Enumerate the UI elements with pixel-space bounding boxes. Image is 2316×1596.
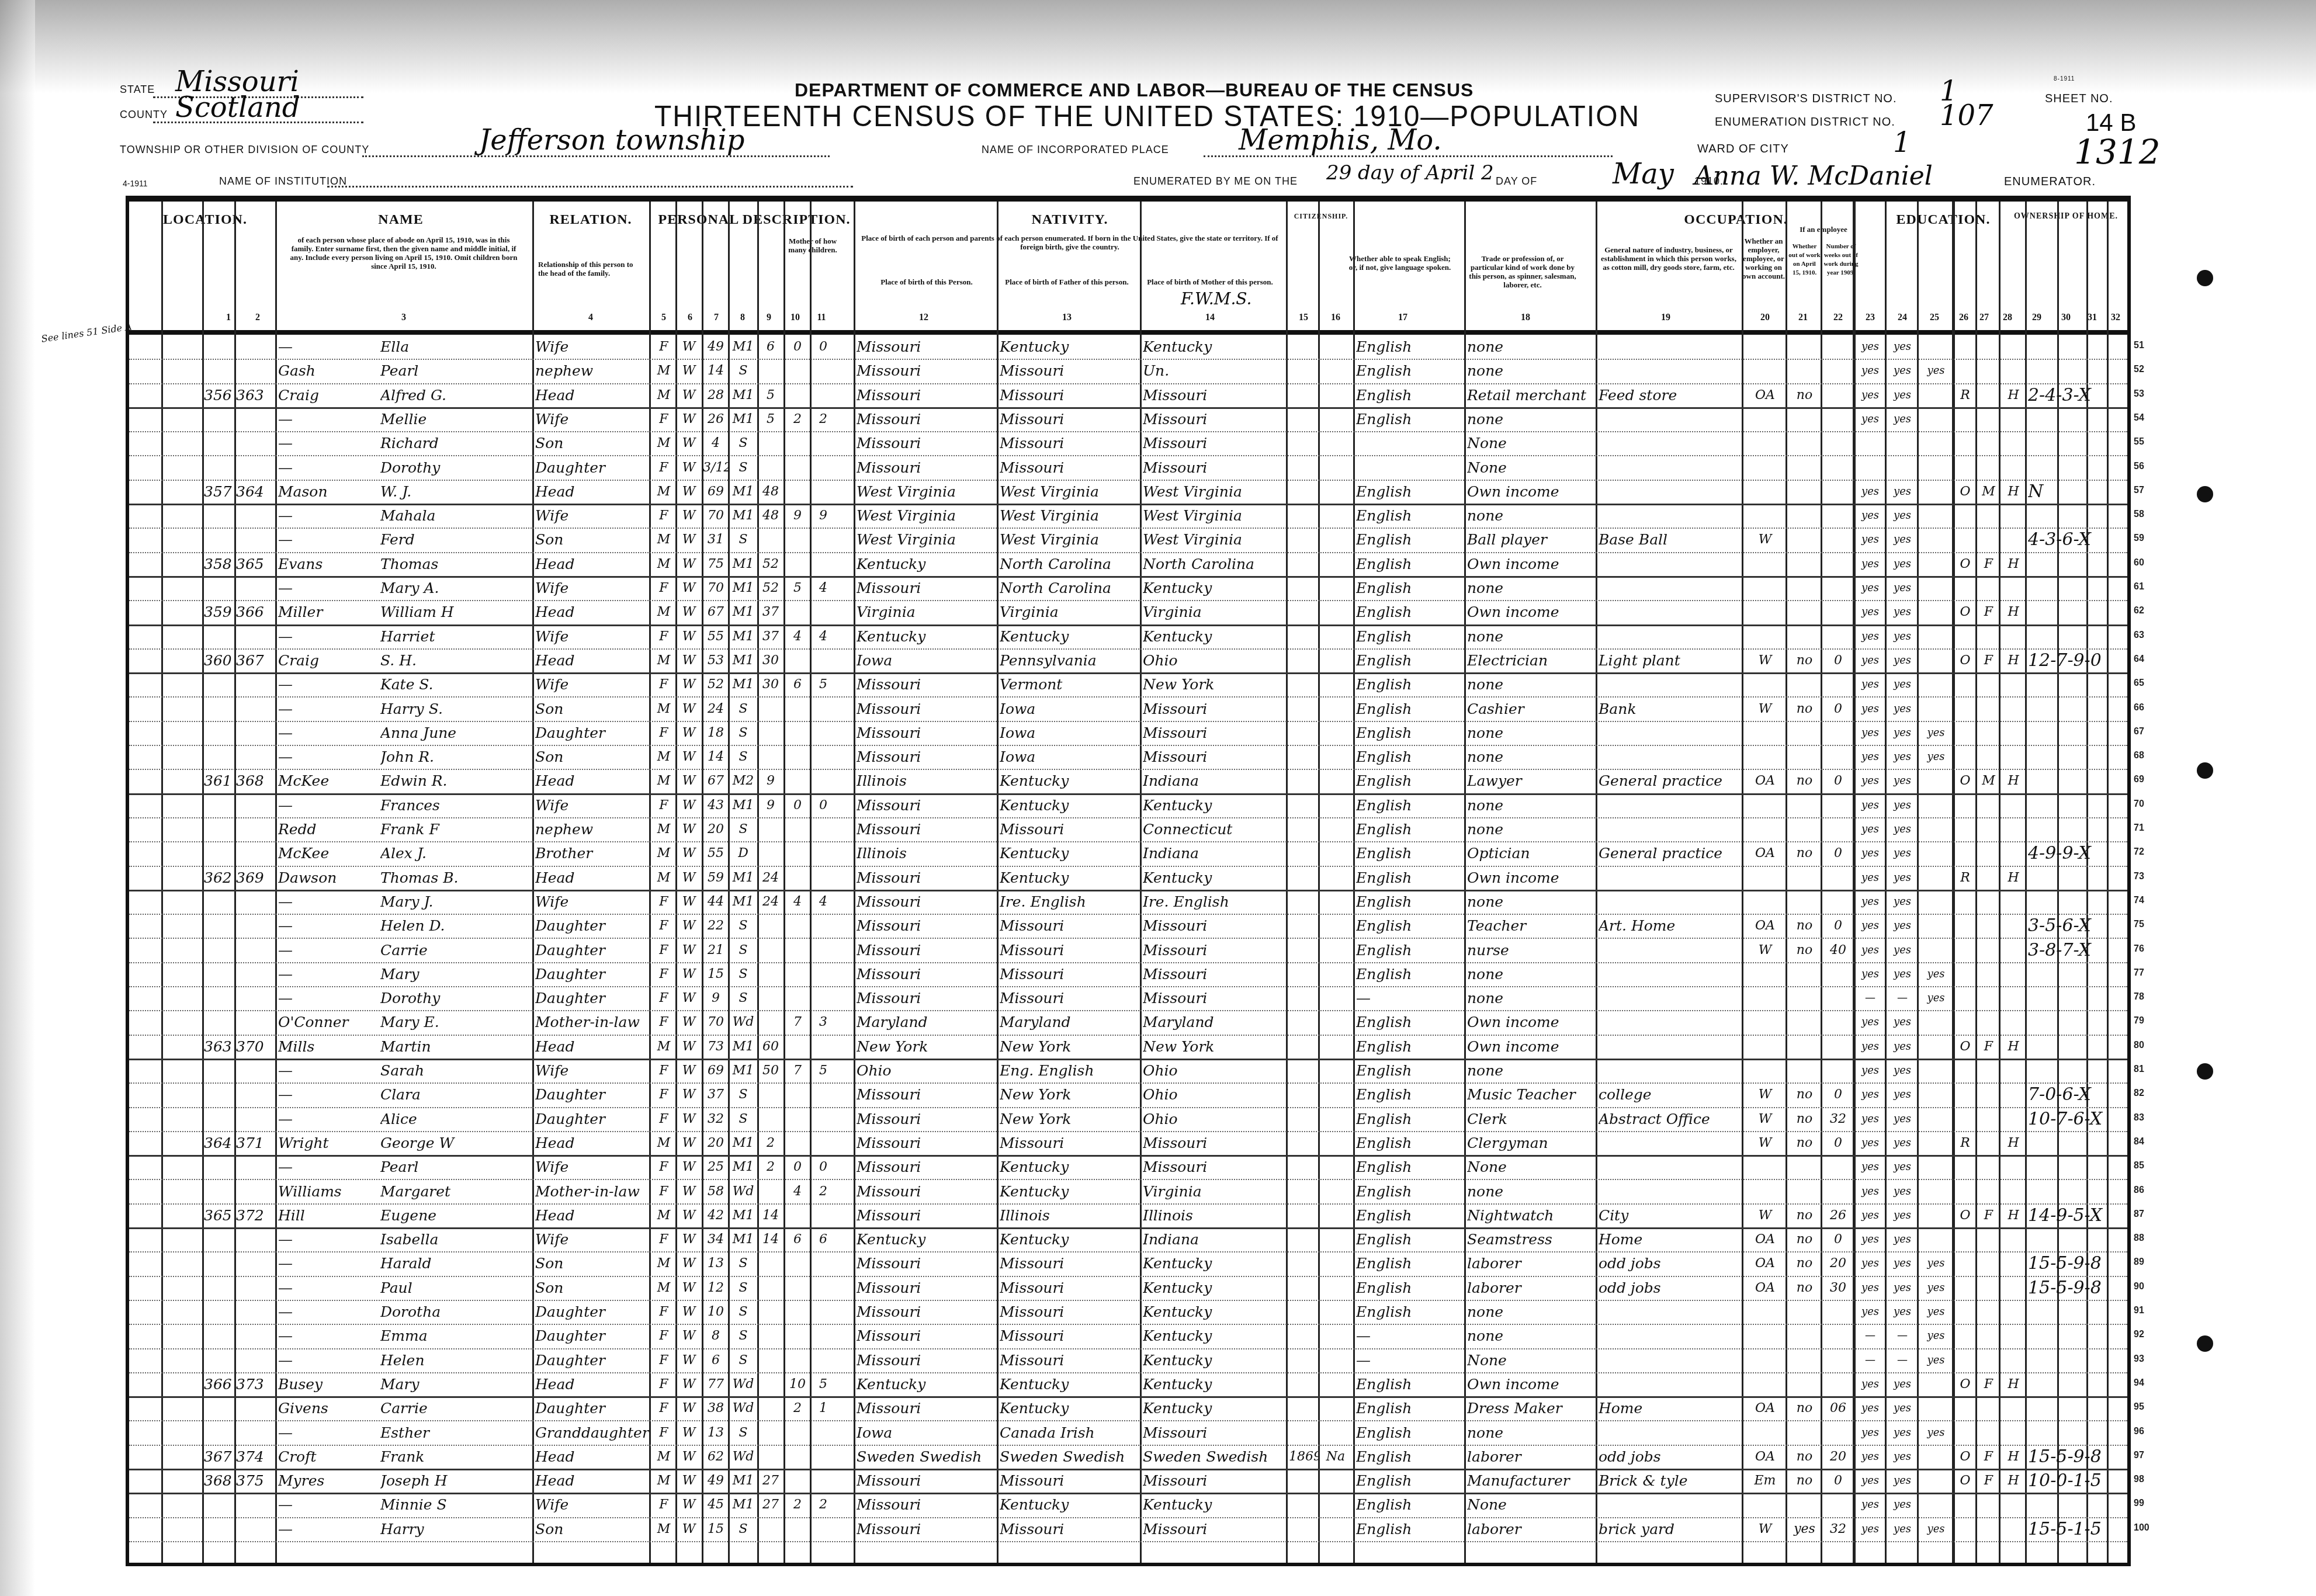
cell-sex: M <box>652 769 675 793</box>
cell-relation: Wife <box>535 407 649 431</box>
cell-emp <box>1745 817 1785 841</box>
cell-lang: English <box>1356 721 1464 745</box>
cell-write: yes <box>1888 1396 1917 1420</box>
table-row: —RichardSonMW4SMissouriMissouriMissouriN… <box>129 431 2127 456</box>
cell-given: Dorothy <box>380 456 529 480</box>
cell-marital: M1 <box>730 480 757 504</box>
cell-surname: — <box>278 431 377 455</box>
cell-born: 2 <box>786 1396 809 1420</box>
line-number: 67 <box>2134 727 2144 737</box>
group-citizenship: CITIZENSHIP. <box>1286 212 1356 221</box>
cell-wks: 0 <box>1823 769 1853 793</box>
cell-emp <box>1745 1348 1785 1372</box>
cell-living <box>812 817 835 841</box>
cell-oow: no <box>1788 841 1821 865</box>
cell-write: yes <box>1888 745 1917 769</box>
cell-surname: — <box>278 938 377 962</box>
cell-family <box>236 1179 273 1203</box>
cell-sex: F <box>652 1227 675 1251</box>
cell-oow <box>1788 576 1821 600</box>
punch-hole <box>2197 1335 2213 1352</box>
col-num-6: 6 <box>678 313 702 323</box>
cell-age: 12 <box>703 1276 729 1300</box>
cell-read: yes <box>1856 1445 1885 1469</box>
cell-own <box>1955 938 1975 962</box>
cell-given: Helen <box>380 1348 529 1372</box>
cell-sex: M <box>652 1251 675 1275</box>
cell-bp: Missouri <box>857 1203 997 1227</box>
cell-free <box>1978 1155 1999 1179</box>
cell-lang: English <box>1356 793 1464 817</box>
cell-write: yes <box>1888 672 1917 696</box>
table-row: 361368McKeeEdwin R.HeadMW67M29IllinoisKe… <box>129 769 2127 794</box>
cell-surname: — <box>278 1251 377 1275</box>
cell-write: yes <box>1888 721 1917 745</box>
cell-born: 7 <box>786 1059 809 1082</box>
table-row: —Harry S.SonMW24SMissouriIowaMissouriEng… <box>129 697 2127 722</box>
cell-dwelling <box>204 793 234 817</box>
table-row: —Mary A.WifeFW70M15254MissouriNorth Caro… <box>129 576 2127 601</box>
cell-sex: M <box>652 1469 675 1493</box>
cell-imm <box>1289 1179 1318 1203</box>
cell-read: yes <box>1856 890 1885 914</box>
cell-farm <box>2002 576 2025 600</box>
cell-write: yes <box>1888 1493 1917 1517</box>
cell-nat <box>1321 383 1350 407</box>
cell-family: 365 <box>236 552 273 576</box>
cell-write: yes <box>1888 769 1917 793</box>
cell-race: W <box>677 793 701 817</box>
table-row: —FrancesWifeFW43M1900MissouriKentuckyKen… <box>129 793 2127 818</box>
cell-write: — <box>1888 1348 1917 1372</box>
cell-read: yes <box>1856 1372 1885 1396</box>
cell-imm <box>1289 1324 1318 1348</box>
cell-wks: 20 <box>1823 1251 1853 1275</box>
cell-dwelling <box>204 456 234 480</box>
cell-dwelling <box>204 938 234 962</box>
cell-trade: Own income <box>1467 1035 1596 1059</box>
cell-nat <box>1321 1203 1350 1227</box>
cell-lang: English <box>1356 1517 1464 1541</box>
cell-read: yes <box>1856 504 1885 528</box>
cell-bp: Missouri <box>857 456 997 480</box>
cell-industry: Home <box>1599 1396 1742 1420</box>
cell-nat <box>1321 335 1350 359</box>
cell-wks: 32 <box>1823 1107 1853 1131</box>
cell-bp-father: Ire. English <box>1000 890 1140 914</box>
cell-bp-mother: Kentucky <box>1143 793 1286 817</box>
line-number: 62 <box>2134 606 2144 616</box>
cell-free <box>1978 1300 1999 1324</box>
cell-age: 13 <box>703 1421 729 1445</box>
cell-bp: Kentucky <box>857 624 997 648</box>
cell-surname: Craig <box>278 648 377 672</box>
cell-living <box>812 1251 835 1275</box>
cell-marital: M1 <box>730 648 757 672</box>
cell-bp-mother: Missouri <box>1143 697 1286 721</box>
cell-imm <box>1289 407 1318 431</box>
cell-bp-father: Vermont <box>1000 672 1140 696</box>
col-num-10: 10 <box>783 313 807 323</box>
cell-read: yes <box>1856 600 1885 624</box>
cell-yrs-married <box>759 1082 782 1106</box>
cell-bp: West Virginia <box>857 528 997 551</box>
cell-age: 22 <box>703 914 729 938</box>
table-row: —PaulSonMW12SMissouriMissouriKentuckyEng… <box>129 1276 2127 1301</box>
cell-farm <box>2002 1517 2025 1541</box>
cell-own: O <box>1955 648 1975 672</box>
cell-write: yes <box>1888 817 1917 841</box>
cell-dwelling: 365 <box>204 1203 234 1227</box>
cell-lang: English <box>1356 383 1464 407</box>
cell-born <box>786 383 809 407</box>
form-code: 4-1911 <box>123 179 148 188</box>
cell-relation: Wife <box>535 1227 649 1251</box>
cell-living: 4 <box>812 624 835 648</box>
group-relation: RELATION. <box>532 212 649 228</box>
cell-marital: S <box>730 1517 757 1541</box>
cell-living <box>812 552 835 576</box>
cell-read: yes <box>1856 745 1885 769</box>
cell-given: Mary J. <box>380 890 529 914</box>
cell-free <box>1978 407 1999 431</box>
cell-lang: English <box>1356 648 1464 672</box>
cell-oow <box>1788 1010 1821 1034</box>
cell-imm <box>1289 1493 1318 1517</box>
cell-sex: M <box>652 480 675 504</box>
stamp-number: 1312 <box>2074 132 2161 172</box>
cell-imm <box>1289 1082 1318 1106</box>
cell-marital: S <box>730 1082 757 1106</box>
cell-imm <box>1289 1227 1318 1251</box>
line-number: 91 <box>2134 1306 2144 1316</box>
cell-family <box>236 793 273 817</box>
cell-nat <box>1321 914 1350 938</box>
cell-trade: None <box>1467 431 1596 455</box>
cell-bp-father: New York <box>1000 1035 1140 1059</box>
cell-wks: 32 <box>1823 1517 1853 1541</box>
county-line <box>153 122 363 123</box>
cell-family <box>236 504 273 528</box>
cell-farm <box>2002 914 2025 938</box>
cell-age: 10 <box>703 1300 729 1324</box>
cell-dwelling <box>204 1421 234 1445</box>
cell-imm <box>1289 1517 1318 1541</box>
cell-emp <box>1745 1035 1785 1059</box>
cell-race: W <box>677 914 701 938</box>
cell-marital: S <box>730 1348 757 1372</box>
cell-lang: English <box>1356 480 1464 504</box>
cell-sched <box>2028 697 2107 721</box>
cell-born <box>786 1324 809 1348</box>
cell-sex: M <box>652 1517 675 1541</box>
cell-farm <box>2002 1421 2025 1445</box>
cell-relation: Daughter <box>535 914 649 938</box>
cell-farm <box>2002 1396 2025 1420</box>
cell-own <box>1955 745 1975 769</box>
cell-bp-father: Iowa <box>1000 697 1140 721</box>
line-number: 68 <box>2134 751 2144 761</box>
ward-label: Ward of city <box>1697 143 1789 156</box>
cell-bp-father: North Carolina <box>1000 576 1140 600</box>
cell-relation: Head <box>535 552 649 576</box>
cell-free <box>1978 456 1999 480</box>
cell-given: William H <box>380 600 529 624</box>
cell-age: 67 <box>703 600 729 624</box>
cell-farm <box>2002 359 2025 383</box>
cell-dwelling <box>204 1276 234 1300</box>
table-row: —EmmaDaughterFW8SMissouriMissouriKentuck… <box>129 1324 2127 1349</box>
cell-read: yes <box>1856 1107 1885 1131</box>
cell-sex: F <box>652 914 675 938</box>
line-number: 83 <box>2134 1113 2144 1123</box>
cell-living <box>812 1203 835 1227</box>
cell-farm <box>2002 1155 2025 1179</box>
cell-bp-father: Kentucky <box>1000 1227 1140 1251</box>
cell-dwelling <box>204 624 234 648</box>
cell-race: W <box>677 962 701 986</box>
cell-own <box>1955 1227 1975 1251</box>
table-row: GivensCarrieDaughterFW38Wd21MissouriKent… <box>129 1396 2127 1421</box>
cell-own <box>1955 1421 1975 1445</box>
cell-living: 3 <box>812 1010 835 1034</box>
cell-given: Frances <box>380 793 529 817</box>
cell-family <box>236 697 273 721</box>
cell-emp <box>1745 552 1785 576</box>
cell-school <box>1920 552 1952 576</box>
line-number: 58 <box>2134 509 2144 520</box>
cell-surname: Redd <box>278 817 377 841</box>
cell-bp-mother: Missouri <box>1143 721 1286 745</box>
cell-imm <box>1289 383 1318 407</box>
cell-marital: M1 <box>730 504 757 528</box>
cell-own: O <box>1955 1035 1975 1059</box>
cell-marital: S <box>730 1107 757 1131</box>
cell-born <box>786 938 809 962</box>
cell-write: yes <box>1888 1010 1917 1034</box>
cell-given: Ferd <box>380 528 529 551</box>
cell-family <box>236 456 273 480</box>
cell-sex: F <box>652 793 675 817</box>
cell-industry: Bank <box>1599 697 1742 721</box>
cell-marital: M2 <box>730 769 757 793</box>
cell-trade: None <box>1467 456 1596 480</box>
cell-living: 9 <box>812 504 835 528</box>
cell-sched <box>2028 624 2107 648</box>
cell-write: yes <box>1888 1155 1917 1179</box>
cell-trade: Cashier <box>1467 697 1596 721</box>
table-row: WilliamsMargaretMother-in-lawFW58Wd42Mis… <box>129 1179 2127 1205</box>
cell-family <box>236 1517 273 1541</box>
cell-bp-father: North Carolina <box>1000 552 1140 576</box>
cell-bp: Missouri <box>857 1324 997 1348</box>
cell-bp: Missouri <box>857 866 997 890</box>
table-row: 368375MyresJoseph HHeadMW49M127MissouriM… <box>129 1469 2127 1494</box>
cell-wks <box>1823 866 1853 890</box>
cell-dwelling <box>204 672 234 696</box>
cell-school <box>1920 383 1952 407</box>
cell-oow <box>1788 431 1821 455</box>
enumerator-signature: Anna W. McDaniel <box>1694 161 1933 191</box>
table-row: —IsabellaWifeFW34M11466KentuckyKentuckyI… <box>129 1227 2127 1252</box>
col-num-29: 29 <box>2025 313 2048 323</box>
cell-bp: Kentucky <box>857 552 997 576</box>
cell-race: W <box>677 552 701 576</box>
cell-marital: M1 <box>730 1035 757 1059</box>
birth-mother-header: Place of birth of Mother of this person. <box>1143 277 1277 286</box>
cell-family: 366 <box>236 600 273 624</box>
cell-trade: none <box>1467 890 1596 914</box>
cell-imm: 1869 <box>1289 1445 1318 1469</box>
cell-relation: Daughter <box>535 962 649 986</box>
cell-bp: New York <box>857 1035 997 1059</box>
cell-nat <box>1321 1348 1350 1372</box>
cell-free <box>1978 672 1999 696</box>
cell-free: M <box>1978 769 1999 793</box>
cell-relation: Daughter <box>535 938 649 962</box>
cell-sched <box>2028 1010 2107 1034</box>
cell-race: W <box>677 1348 701 1372</box>
cell-imm <box>1289 1010 1318 1034</box>
cell-trade: none <box>1467 672 1596 696</box>
cell-own <box>1955 697 1975 721</box>
cell-trade: Teacher <box>1467 914 1596 938</box>
cell-nat <box>1321 624 1350 648</box>
cell-read: yes <box>1856 938 1885 962</box>
cell-emp: OA <box>1745 1227 1785 1251</box>
cell-marital: M1 <box>730 1227 757 1251</box>
cell-family <box>236 1300 273 1324</box>
cell-write: yes <box>1888 938 1917 962</box>
cell-born: 4 <box>786 890 809 914</box>
cell-trade: Clerk <box>1467 1107 1596 1131</box>
cell-imm <box>1289 1155 1318 1179</box>
cell-age: 73 <box>703 1035 729 1059</box>
cell-living <box>812 1348 835 1372</box>
cell-born <box>786 1082 809 1106</box>
cell-family <box>236 1059 273 1082</box>
cell-industry <box>1599 335 1742 359</box>
cell-sched <box>2028 1035 2107 1059</box>
cell-living: 2 <box>812 1179 835 1203</box>
cell-industry <box>1599 552 1742 576</box>
cell-sex: F <box>652 962 675 986</box>
cell-bp: Missouri <box>857 335 997 359</box>
cell-yrs-married: 37 <box>759 600 782 624</box>
cell-oow: no <box>1788 1203 1821 1227</box>
cell-race: W <box>677 866 701 890</box>
cell-school <box>1920 1493 1952 1517</box>
cell-free <box>1978 624 1999 648</box>
cell-yrs-married: 48 <box>759 480 782 504</box>
cell-age: 13 <box>703 1251 729 1275</box>
group-personal-description: PERSONAL DESCRIPTION. <box>655 212 854 228</box>
cell-family <box>236 1396 273 1420</box>
cell-write: yes <box>1888 962 1917 986</box>
cell-wks <box>1823 1010 1853 1034</box>
cell-wks <box>1823 1324 1853 1348</box>
cell-industry <box>1599 1324 1742 1348</box>
cell-own <box>1955 407 1975 431</box>
cell-industry <box>1599 1179 1742 1203</box>
cell-race: W <box>677 672 701 696</box>
cell-oow: no <box>1788 1276 1821 1300</box>
cell-living <box>812 431 835 455</box>
cell-surname: Myres <box>278 1469 377 1493</box>
cell-free <box>1978 1276 1999 1300</box>
cell-emp <box>1745 986 1785 1010</box>
cell-born: 7 <box>786 1010 809 1034</box>
cell-relation: Wife <box>535 672 649 696</box>
cell-trade: none <box>1467 1324 1596 1348</box>
cell-school <box>1920 504 1952 528</box>
cell-age: 55 <box>703 841 729 865</box>
cell-family: 374 <box>236 1445 273 1469</box>
cell-family <box>236 576 273 600</box>
cell-industry: Brick & tyle <box>1599 1469 1742 1493</box>
cell-given: Mellie <box>380 407 529 431</box>
cell-imm <box>1289 1276 1318 1300</box>
cell-farm: H <box>2002 648 2025 672</box>
cell-imm <box>1289 1421 1318 1445</box>
cell-born <box>786 962 809 986</box>
cell-bp: Missouri <box>857 576 997 600</box>
cell-read: yes <box>1856 817 1885 841</box>
cell-bp-father: Kentucky <box>1000 1372 1140 1396</box>
cell-trade: Optician <box>1467 841 1596 865</box>
cell-family <box>236 962 273 986</box>
cell-age: 69 <box>703 480 729 504</box>
cell-bp-father: West Virginia <box>1000 504 1140 528</box>
cell-own <box>1955 962 1975 986</box>
cell-dwelling: 363 <box>204 1035 234 1059</box>
cell-sex: F <box>652 335 675 359</box>
cell-farm: H <box>2002 1131 2025 1155</box>
cell-wks <box>1823 600 1853 624</box>
col-num-19: 19 <box>1648 313 1683 323</box>
cell-wks <box>1823 1493 1853 1517</box>
cell-bp-father: West Virginia <box>1000 480 1140 504</box>
cell-living <box>812 1082 835 1106</box>
cell-imm <box>1289 962 1318 986</box>
cell-relation: Head <box>535 1131 649 1155</box>
cell-school: yes <box>1920 359 1952 383</box>
cell-surname: O'Conner <box>278 1010 377 1034</box>
cell-school: yes <box>1920 1251 1952 1275</box>
cell-lang: — <box>1356 1324 1464 1348</box>
cell-read: — <box>1856 986 1885 1010</box>
cell-industry <box>1599 407 1742 431</box>
cell-imm <box>1289 890 1318 914</box>
cell-write: — <box>1888 986 1917 1010</box>
cell-bp-father: Kentucky <box>1000 1396 1140 1420</box>
cell-read: yes <box>1856 1251 1885 1275</box>
cell-oow: no <box>1788 697 1821 721</box>
cell-oow <box>1788 1324 1821 1348</box>
cell-write: yes <box>1888 624 1917 648</box>
cell-read: yes <box>1856 769 1885 793</box>
cell-dwelling <box>204 1179 234 1203</box>
cell-write: yes <box>1888 1421 1917 1445</box>
cell-yrs-married <box>759 914 782 938</box>
cell-bp: Missouri <box>857 938 997 962</box>
cell-free <box>1978 1082 1999 1106</box>
line-number: 52 <box>2134 365 2144 375</box>
line-number: 92 <box>2134 1330 2144 1340</box>
cell-trade: None <box>1467 1348 1596 1372</box>
cell-nat <box>1321 1469 1350 1493</box>
enumerator-label: Enumerator. <box>2004 175 2096 189</box>
